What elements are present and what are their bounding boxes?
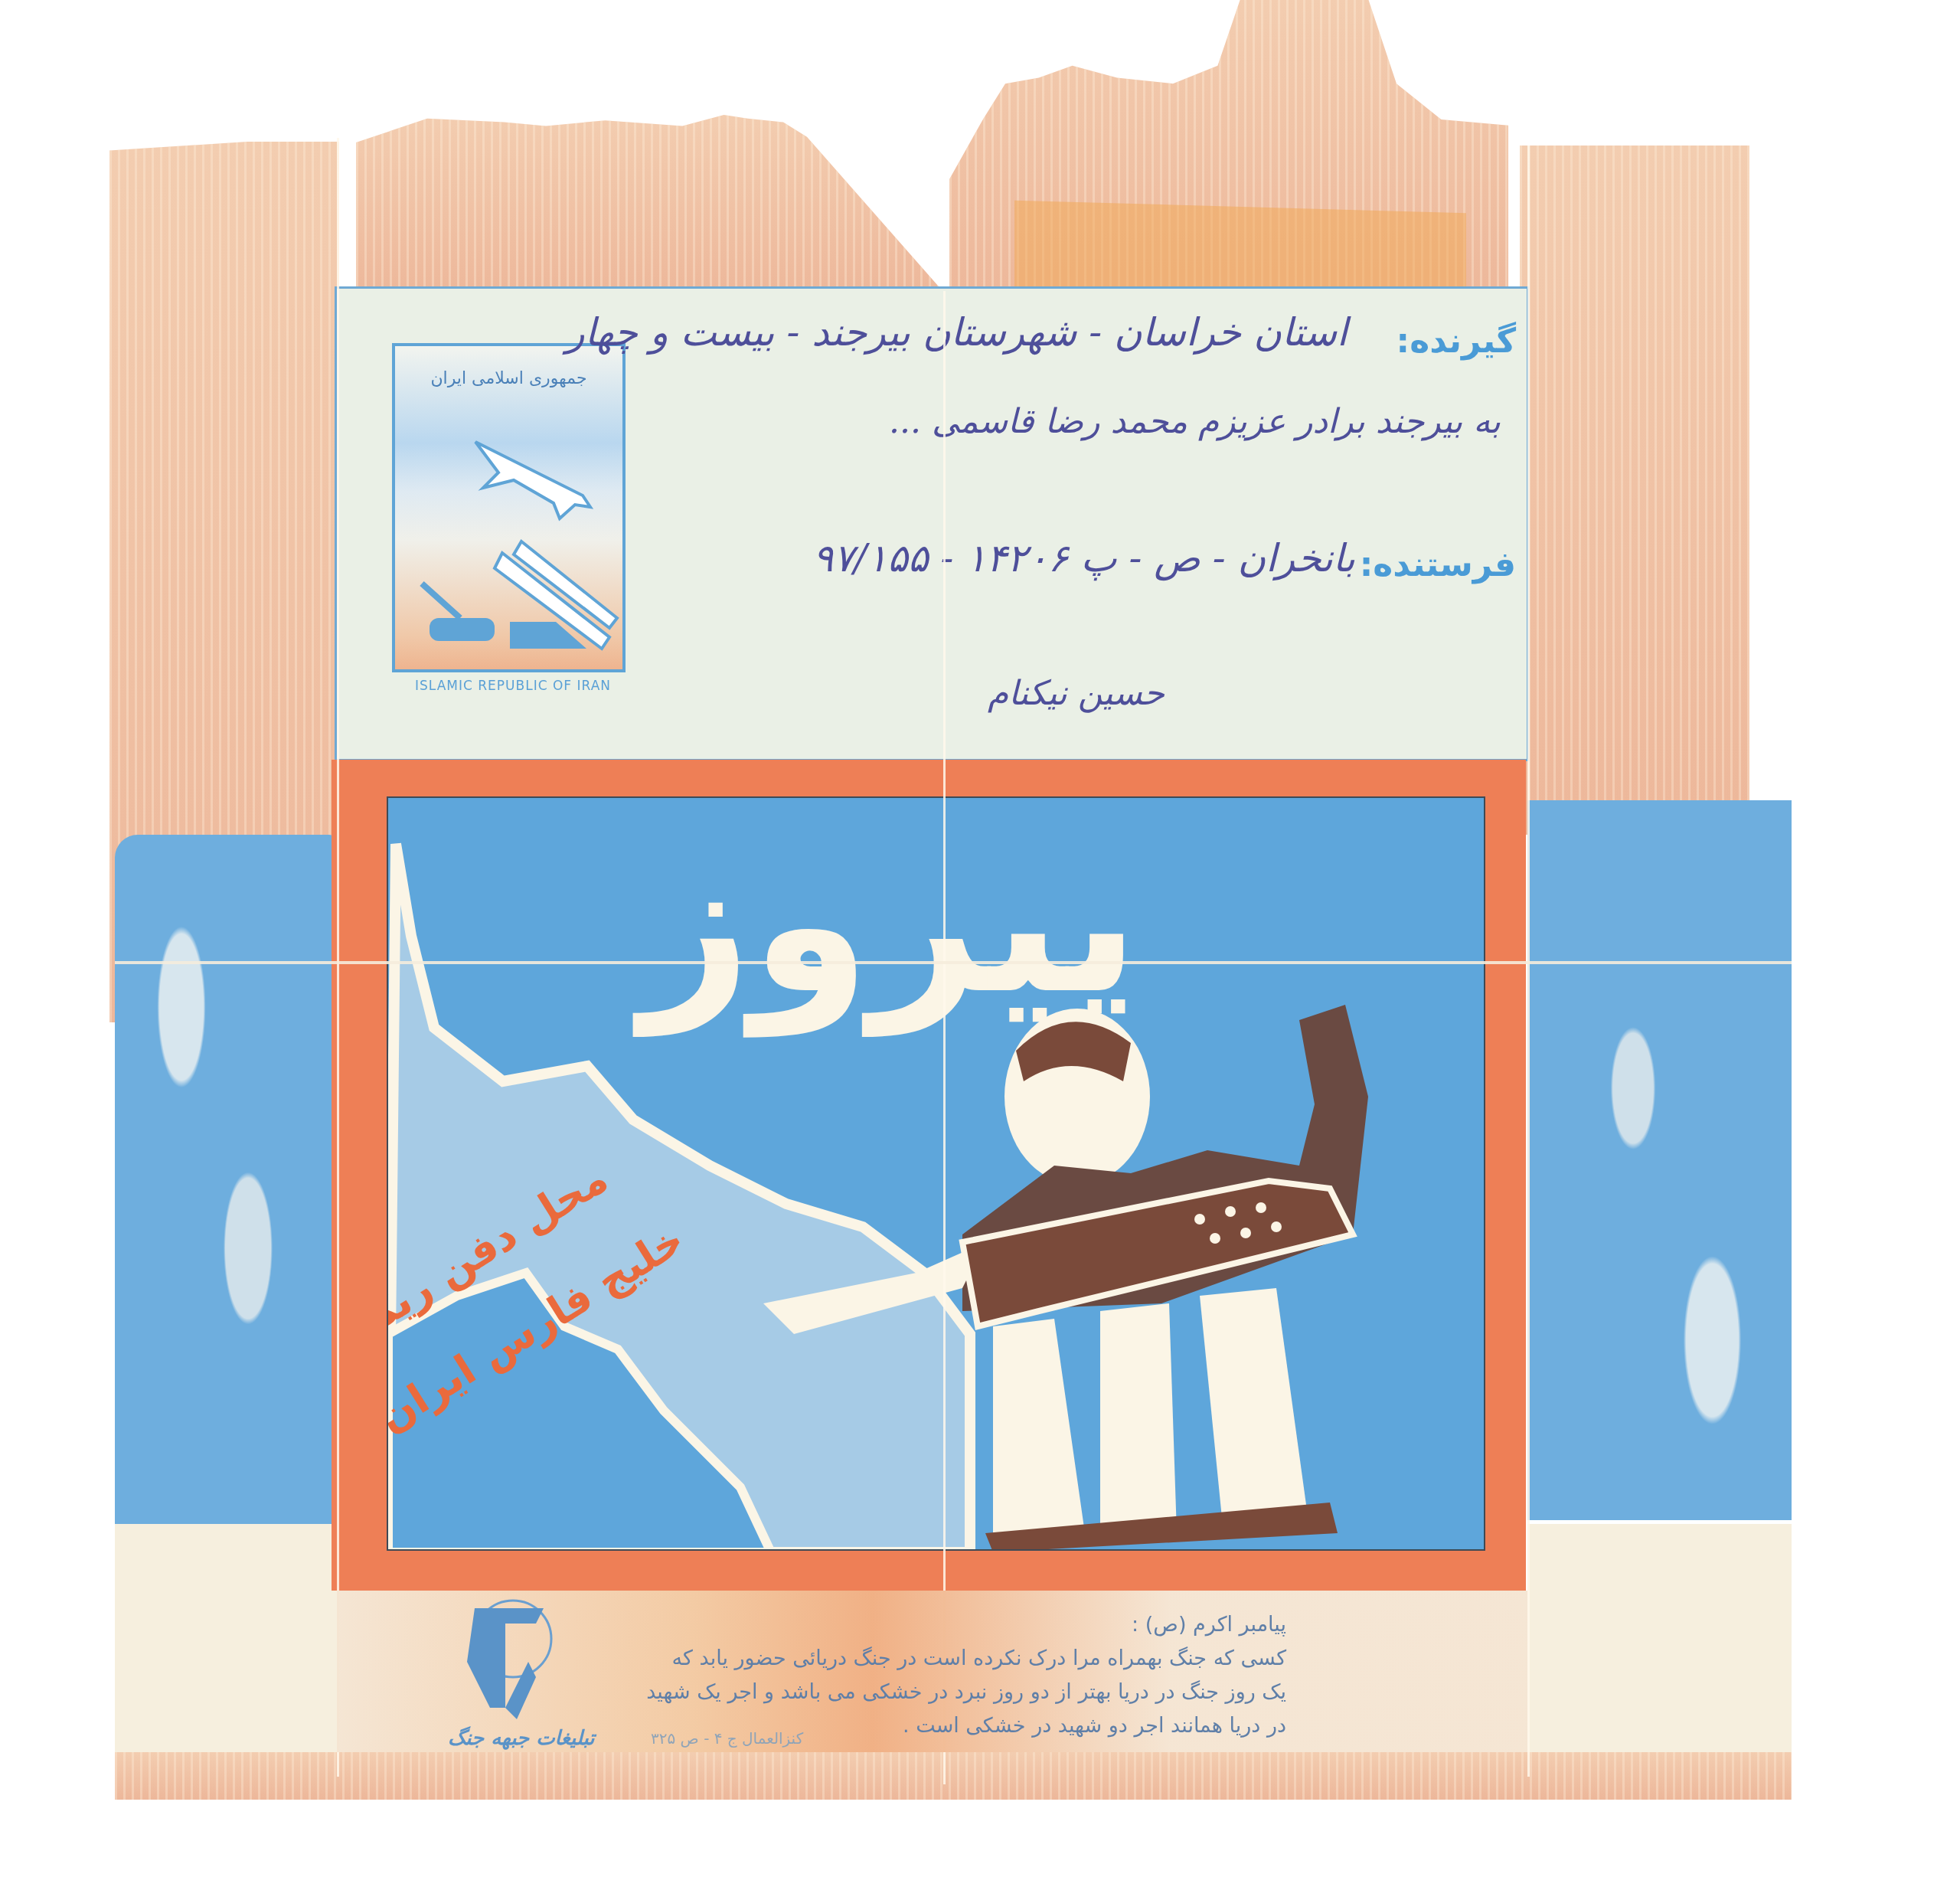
stamp-caption: ISLAMIC REPUBLIC OF IRAN [398,679,628,694]
fold-line-horizontal [115,961,1792,964]
postage-stamp: جمهوری اسلامی ایران [392,343,626,672]
fold-line-vertical-center [943,291,946,1784]
right-top-flap [1520,146,1749,835]
recipient-line-2: به بیرجند برادر عزیزم محمد رضا قاسمی ... [889,402,1501,441]
fold-line-vertical-left [337,138,339,1777]
quote-citation: کنزالعمال ج ۴ - ص ۳۲۵ [651,1729,803,1748]
right-side-panel [1527,800,1792,1520]
recipient-line-1: استان خراسان - شهرستان بیرجند - بیست و چ… [567,310,1347,355]
poster-artwork: پیروز خلیج فارس ایران محل دفن ریگان [387,796,1485,1551]
left-bottom-panel [115,1524,337,1754]
tank-icon [414,576,506,652]
sender-line-1: بانخران - ص - پ ۱۴۲۰۶ - ۹۷/۱۵۵ [813,536,1355,580]
quote-block: پیامبر اکرم (ص) : کسی که جنگ بهمراه مرا … [635,1608,1286,1743]
quote-line: کسی که جنگ بهمراه مرا درک نکرده است در ج… [635,1642,1286,1676]
quote-line: یک روز جنگ در دریا بهتر از دو روز نبرد د… [635,1676,1286,1709]
sender-signature: حسین نیکنام [988,674,1165,713]
recipient-label: گیرنده: [1396,322,1516,361]
logo-caption: تبلیغات جبهه جنگ [448,1727,595,1750]
jet-plane-icon [468,434,598,526]
left-side-panel [115,835,337,1524]
quote-attribution: پیامبر اکرم (ص) : [635,1608,1286,1642]
right-bottom-panel [1527,1524,1792,1754]
stamp-title: جمهوری اسلامی ایران [395,369,622,388]
sender-label: فرستنده: [1360,545,1516,584]
flag-coffin-icon [947,1173,1376,1551]
bottom-flap [115,1752,1792,1800]
top-flap-left [356,115,949,299]
